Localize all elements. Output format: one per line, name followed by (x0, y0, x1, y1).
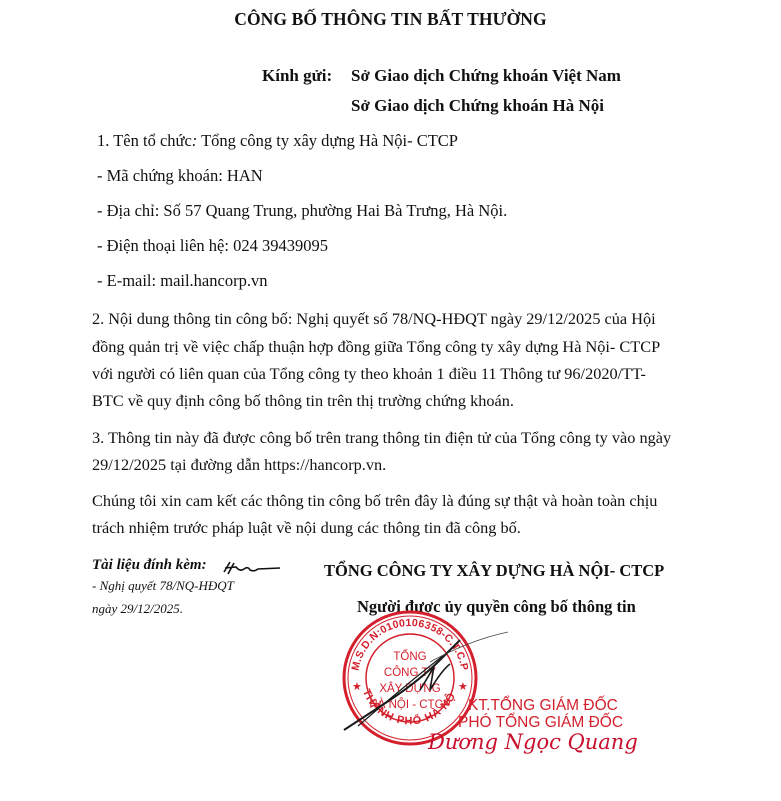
section3-line-1: 3. Thông tin này đã được công bố trên tr… (92, 428, 671, 448)
section2-line-3: với người có liên quan của Tổng công ty … (92, 364, 646, 384)
attachment-item: - Nghị quyết 78/NQ-HĐQT (92, 578, 234, 594)
org-value: Tổng công ty xây dựng Hà Nội- CTCP (197, 131, 458, 150)
stock-code-line: - Mã chứng khoán: HAN (97, 166, 263, 186)
address-line: - Địa chỉ: Số 57 Quang Trung, phường Hai… (97, 201, 507, 221)
commitment-line-1: Chúng tôi xin cam kết các thông tin công… (92, 491, 657, 511)
commitment-line-2: trách nhiệm trước pháp luật về nội dung … (92, 518, 521, 538)
recipient-hose: Sở Giao dịch Chứng khoán Việt Nam (351, 66, 621, 86)
section2-line-2: đồng quản trị về việc chấp thuận hợp đồn… (92, 337, 660, 357)
section2-line-4: BTC về quy định công bố thông tin trên t… (92, 391, 514, 411)
recipient-label: Kính gửi: (262, 66, 332, 86)
recipient-hnx: Sở Giao dịch Chứng khoán Hà Nội (351, 96, 604, 116)
section2-line-1: 2. Nội dung thông tin công bố: Nghị quyế… (92, 309, 656, 329)
organization-name-line: 1. Tên tổ chức: Tổng công ty xây dựng Hà… (97, 131, 458, 151)
org-label: 1. Tên tổ chức (97, 131, 192, 150)
attachment-date: ngày 29/12/2025. (92, 601, 183, 617)
attachments-title: Tài liệu đính kèm: (92, 557, 207, 574)
signer-position-line-1: KT.TỔNG GIÁM ĐỐC (468, 697, 618, 715)
signer-name: Dương Ngọc Quang (428, 730, 638, 754)
document-title: CÔNG BỐ THÔNG TIN BẤT THƯỜNG (0, 9, 781, 30)
phone-line: - Điện thoại liên hệ: 024 39439095 (97, 236, 328, 256)
section3-line-2: 29/12/2025 tại đường dẫn https://hancorp… (92, 455, 386, 475)
initials-scribble-icon (222, 560, 282, 578)
signature-company-name: TỔNG CÔNG TY XÂY DỰNG HÀ NỘI- CTCP (324, 561, 664, 581)
email-line: - E-mail: mail.hancorp.vn (97, 271, 267, 291)
